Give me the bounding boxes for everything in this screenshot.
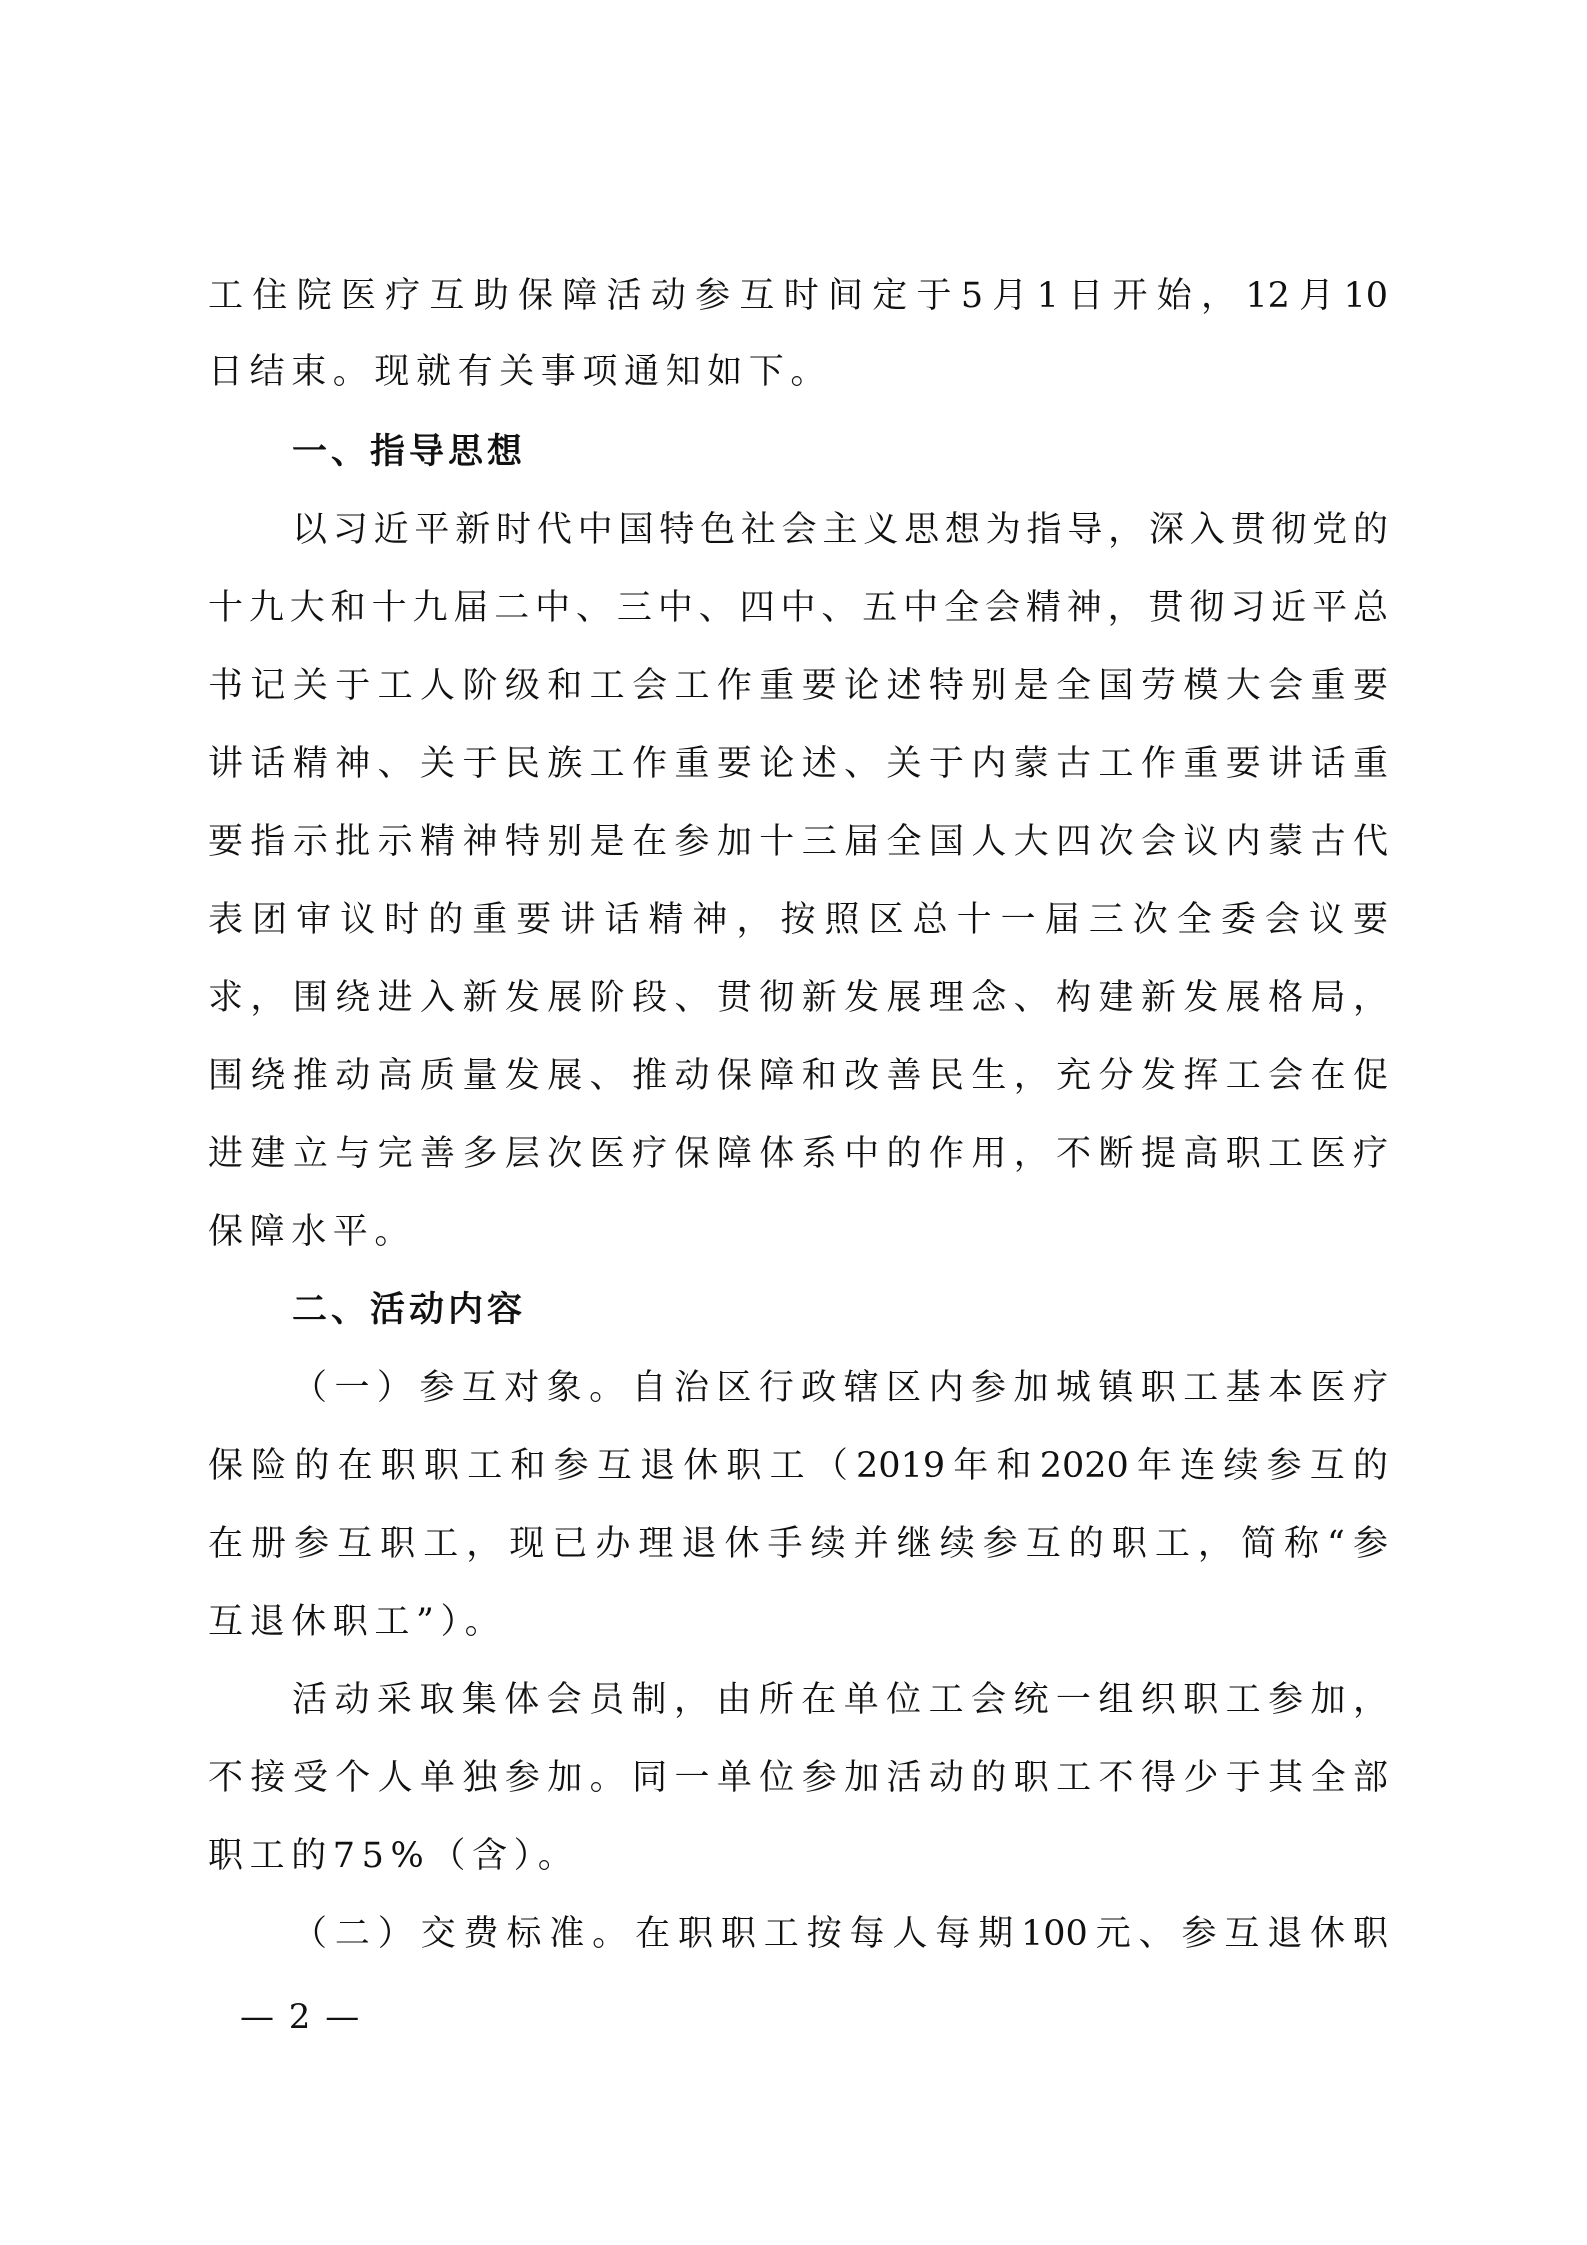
body-line: 互退休职工”）。 <box>208 1600 1388 1644</box>
body-line: 职工的75%（含）。 <box>208 1834 1388 1878</box>
paragraph-start-line: 活动采取集体会员制，由所在单位工会统一组织职工参加， <box>292 1678 1388 1722</box>
paragraph-start-line: （二）交费标准。在职职工按每人每期100元、参互退休职 <box>292 1912 1388 1956</box>
body-line: 进建立与完善多层次医疗保障体系中的作用，不断提高职工医疗 <box>208 1132 1388 1176</box>
body-line: 在册参互职工，现已办理退休手续并继续参互的职工，简称“参 <box>208 1522 1388 1566</box>
body-line: 讲话精神、关于民族工作重要论述、关于内蒙古工作重要讲话重 <box>208 742 1388 786</box>
body-line: 表团审议时的重要讲话精神，按照区总十一届三次全委会议要 <box>208 898 1388 942</box>
body-line: 工住院医疗互助保障活动参互时间定于5月1日开始，12月10 <box>208 274 1388 318</box>
body-line: 十九大和十九届二中、三中、四中、五中全会精神，贯彻习近平总 <box>208 586 1388 630</box>
body-line: 保险的在职职工和参互退休职工（2019年和2020年连续参互的 <box>208 1444 1388 1488</box>
page-number: — 2 — <box>240 1995 361 2039</box>
body-line: 求，围绕进入新发展阶段、贯彻新发展理念、构建新发展格局， <box>208 976 1388 1020</box>
body-line: 要指示批示精神特别是在参加十三届全国人大四次会议内蒙古代 <box>208 820 1388 864</box>
body-line: 不接受个人单独参加。同一单位参加活动的职工不得少于其全部 <box>208 1756 1388 1800</box>
paragraph-start-line: （一）参互对象。自治区行政辖区内参加城镇职工基本医疗 <box>292 1366 1388 1410</box>
document-page: 工住院医疗互助保障活动参互时间定于5月1日开始，12月10 日结束。现就有关事项… <box>0 0 1587 2245</box>
paragraph-start-line: 以习近平新时代中国特色社会主义思想为指导，深入贯彻党的 <box>292 508 1388 552</box>
section-heading-guiding-ideology: 一、指导思想 <box>292 430 1388 474</box>
body-line: 围绕推动高质量发展、推动保障和改善民生，充分发挥工会在促 <box>208 1054 1388 1098</box>
body-line: 书记关于工人阶级和工会工作重要论述特别是全国劳模大会重要 <box>208 664 1388 708</box>
body-line: 日结束。现就有关事项通知如下。 <box>208 350 1388 394</box>
section-heading-activity-content: 二、活动内容 <box>292 1288 1388 1332</box>
body-line: 保障水平。 <box>208 1210 1388 1254</box>
